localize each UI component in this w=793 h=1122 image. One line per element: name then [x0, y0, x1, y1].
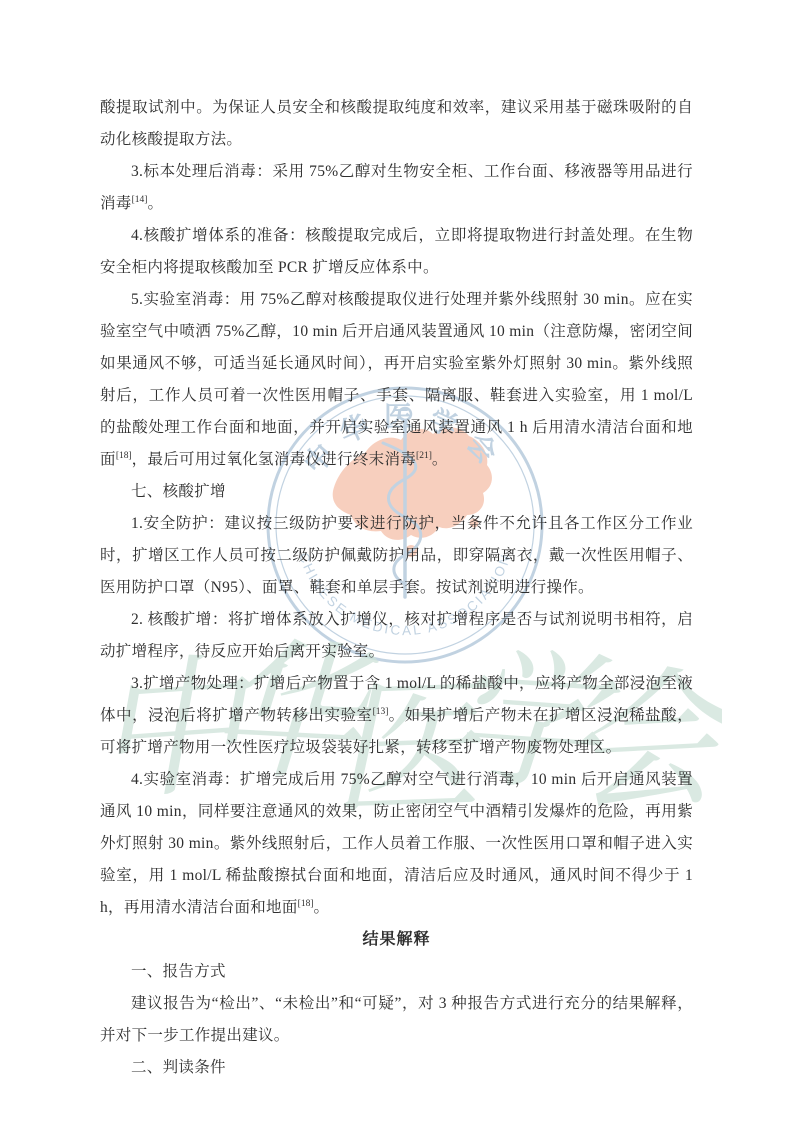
section-heading: 结果解释 [100, 924, 693, 956]
document-page: 中华医学会 CHINESE MEDICAL ASSOCIATION 中 华 医 … [0, 0, 793, 1122]
citation-ref: [21] [416, 451, 432, 461]
paragraph: 一、报告方式 [100, 956, 693, 988]
paragraph: 七、核酸扩增 [100, 476, 693, 508]
paragraph: 4.核酸扩增体系的准备：核酸提取完成后，立即将提取物进行封盖处理。在生物安全柜内… [100, 220, 693, 284]
citation-ref: [13] [373, 707, 389, 717]
paragraph: 4.实验室消毒：扩增完成后用 75%乙醇对空气进行消毒，10 min 后开启通风… [100, 764, 693, 924]
paragraph: 3.扩增产物处理：扩增后产物置于含 1 mol/L 的稀盐酸中，应将产物全部浸泡… [100, 668, 693, 764]
paragraph: 2. 核酸扩增：将扩增体系放入扩增仪，核对扩增程序是否与试剂说明书相符，启动扩增… [100, 604, 693, 668]
document-body: 酸提取试剂中。为保证人员安全和核酸提取纯度和效率，建议采用基于磁珠吸附的自动化核… [100, 92, 693, 1084]
paragraph: 酸提取试剂中。为保证人员安全和核酸提取纯度和效率，建议采用基于磁珠吸附的自动化核… [100, 92, 693, 156]
paragraph: 二、判读条件 [100, 1052, 693, 1084]
paragraph: 1.安全防护：建议按三级防护要求进行防护，当条件不允许且各工作区分工作业时，扩增… [100, 508, 693, 604]
citation-ref: [14] [132, 195, 148, 205]
citation-ref: [18] [298, 899, 314, 909]
paragraph: 建议报告为“检出”、“未检出”和“可疑”，对 3 种报告方式进行充分的结果解释，… [100, 988, 693, 1052]
paragraph: 3.标本处理后消毒：采用 75%乙醇对生物安全柜、工作台面、移液器等用品进行消毒… [100, 156, 693, 220]
paragraph: 5.实验室消毒：用 75%乙醇对核酸提取仪进行处理并紫外线照射 30 min。应… [100, 284, 693, 476]
citation-ref: [18] [116, 451, 132, 461]
